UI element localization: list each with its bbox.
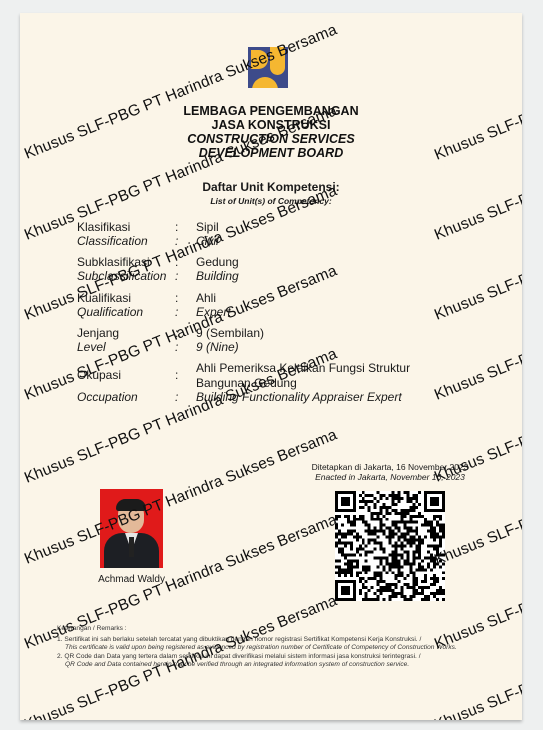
holder-photo xyxy=(100,489,163,568)
institution-name-en-1: CONSTRUCTION SERVICES xyxy=(20,132,522,146)
remarks: Keterangan / Remarks : 1. Sertifikat ini… xyxy=(57,625,502,669)
enacted-date-en: Enacted in Jakarta, November 16, 2023 xyxy=(290,472,490,482)
section-title-en: List of Unit(s) of Competency: xyxy=(20,196,522,206)
remark-1: 1. Sertifikat ini sah berlaku setelah te… xyxy=(57,636,502,644)
value: Sipil xyxy=(196,220,219,234)
institution-name-id-1: LEMBAGA PENGEMBANGAN xyxy=(20,104,522,118)
watermark-text: Khusus SLF-PBG PT Harindra Sukses Bersam… xyxy=(432,262,522,404)
remarks-title: Keterangan / Remarks : xyxy=(57,625,502,633)
qr-code-icon[interactable] xyxy=(335,491,445,601)
label: Klasifikasi xyxy=(77,220,187,234)
watermark-text: Khusus SLF-PBG PT Harindra Sukses Bersam… xyxy=(432,427,522,569)
remark-1-en: This certificate is valid upon being reg… xyxy=(57,644,502,652)
certificate-page: LEMBAGA PENGEMBANGAN JASA KONSTRUKSI CON… xyxy=(20,13,522,720)
institution-name-en-2: DEVELOPMENT BOARD xyxy=(20,146,522,160)
section-title: Daftar Unit Kompetensi: xyxy=(20,180,522,194)
holder-name: Achmad Waldy xyxy=(80,574,183,585)
remark-2-en: QR Code and Data contained herein may be… xyxy=(57,661,502,669)
enacted-date: Ditetapkan di Jakarta, 16 November 2023 xyxy=(290,462,490,472)
watermark-text: Khusus SLF-PBG PT Harindra Sukses Bersam… xyxy=(22,426,340,568)
lpjk-logo-icon xyxy=(248,47,288,88)
institution-name-id-2: JASA KONSTRUKSI xyxy=(20,118,522,132)
remark-2: 2. QR Code dan Data yang tertera dalam s… xyxy=(57,653,502,661)
